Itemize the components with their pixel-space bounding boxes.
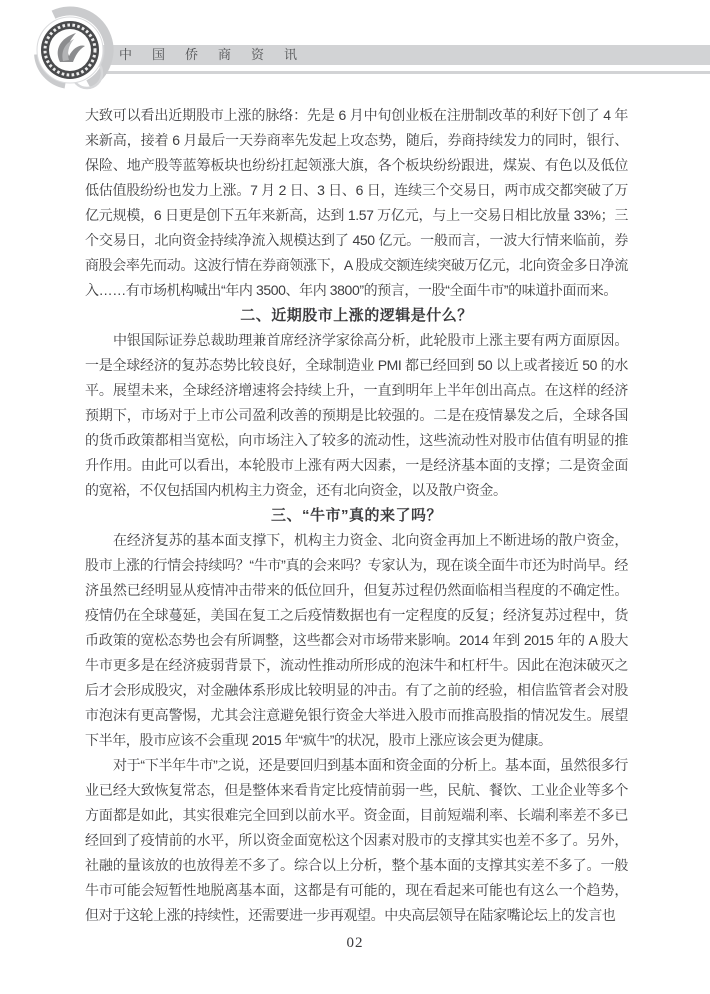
- body-paragraph-1: 大致可以看出近期股市上涨的脉络：先是 6 月中旬创业板在注册制改革的利好下创了 …: [85, 103, 628, 303]
- china-qiaoshang-emblem-logo: [30, 4, 150, 104]
- body-paragraph-3: 在经济复苏的基本面支撑下，机构主力资金、北向资金再加上不断进场的散户资金，股市上…: [85, 528, 628, 753]
- section-heading-2: 二、近期股市上涨的逻辑是什么？: [85, 303, 628, 328]
- article-body: 大致可以看出近期股市上涨的脉络：先是 6 月中旬创业板在注册制改革的利好下创了 …: [85, 103, 628, 928]
- document-page: 中国侨商资讯 大致可以看出: [0, 0, 710, 994]
- page-number: 02: [347, 935, 364, 951]
- body-paragraph-2: 中银国际证券总裁助理兼首席经济学家徐高分析，此轮股市上涨主要有两方面原因。一是全…: [85, 328, 628, 503]
- page-footer: 02: [0, 934, 710, 952]
- emblem-graphic: [30, 4, 150, 104]
- body-paragraph-4: 对于“下半年牛市”之说，还是要回归到基本面和资金面的分析上。基本面，虽然很多行业…: [85, 753, 628, 928]
- section-heading-3: 三、“牛市”真的来了吗？: [85, 503, 628, 528]
- header-underline: [104, 71, 710, 74]
